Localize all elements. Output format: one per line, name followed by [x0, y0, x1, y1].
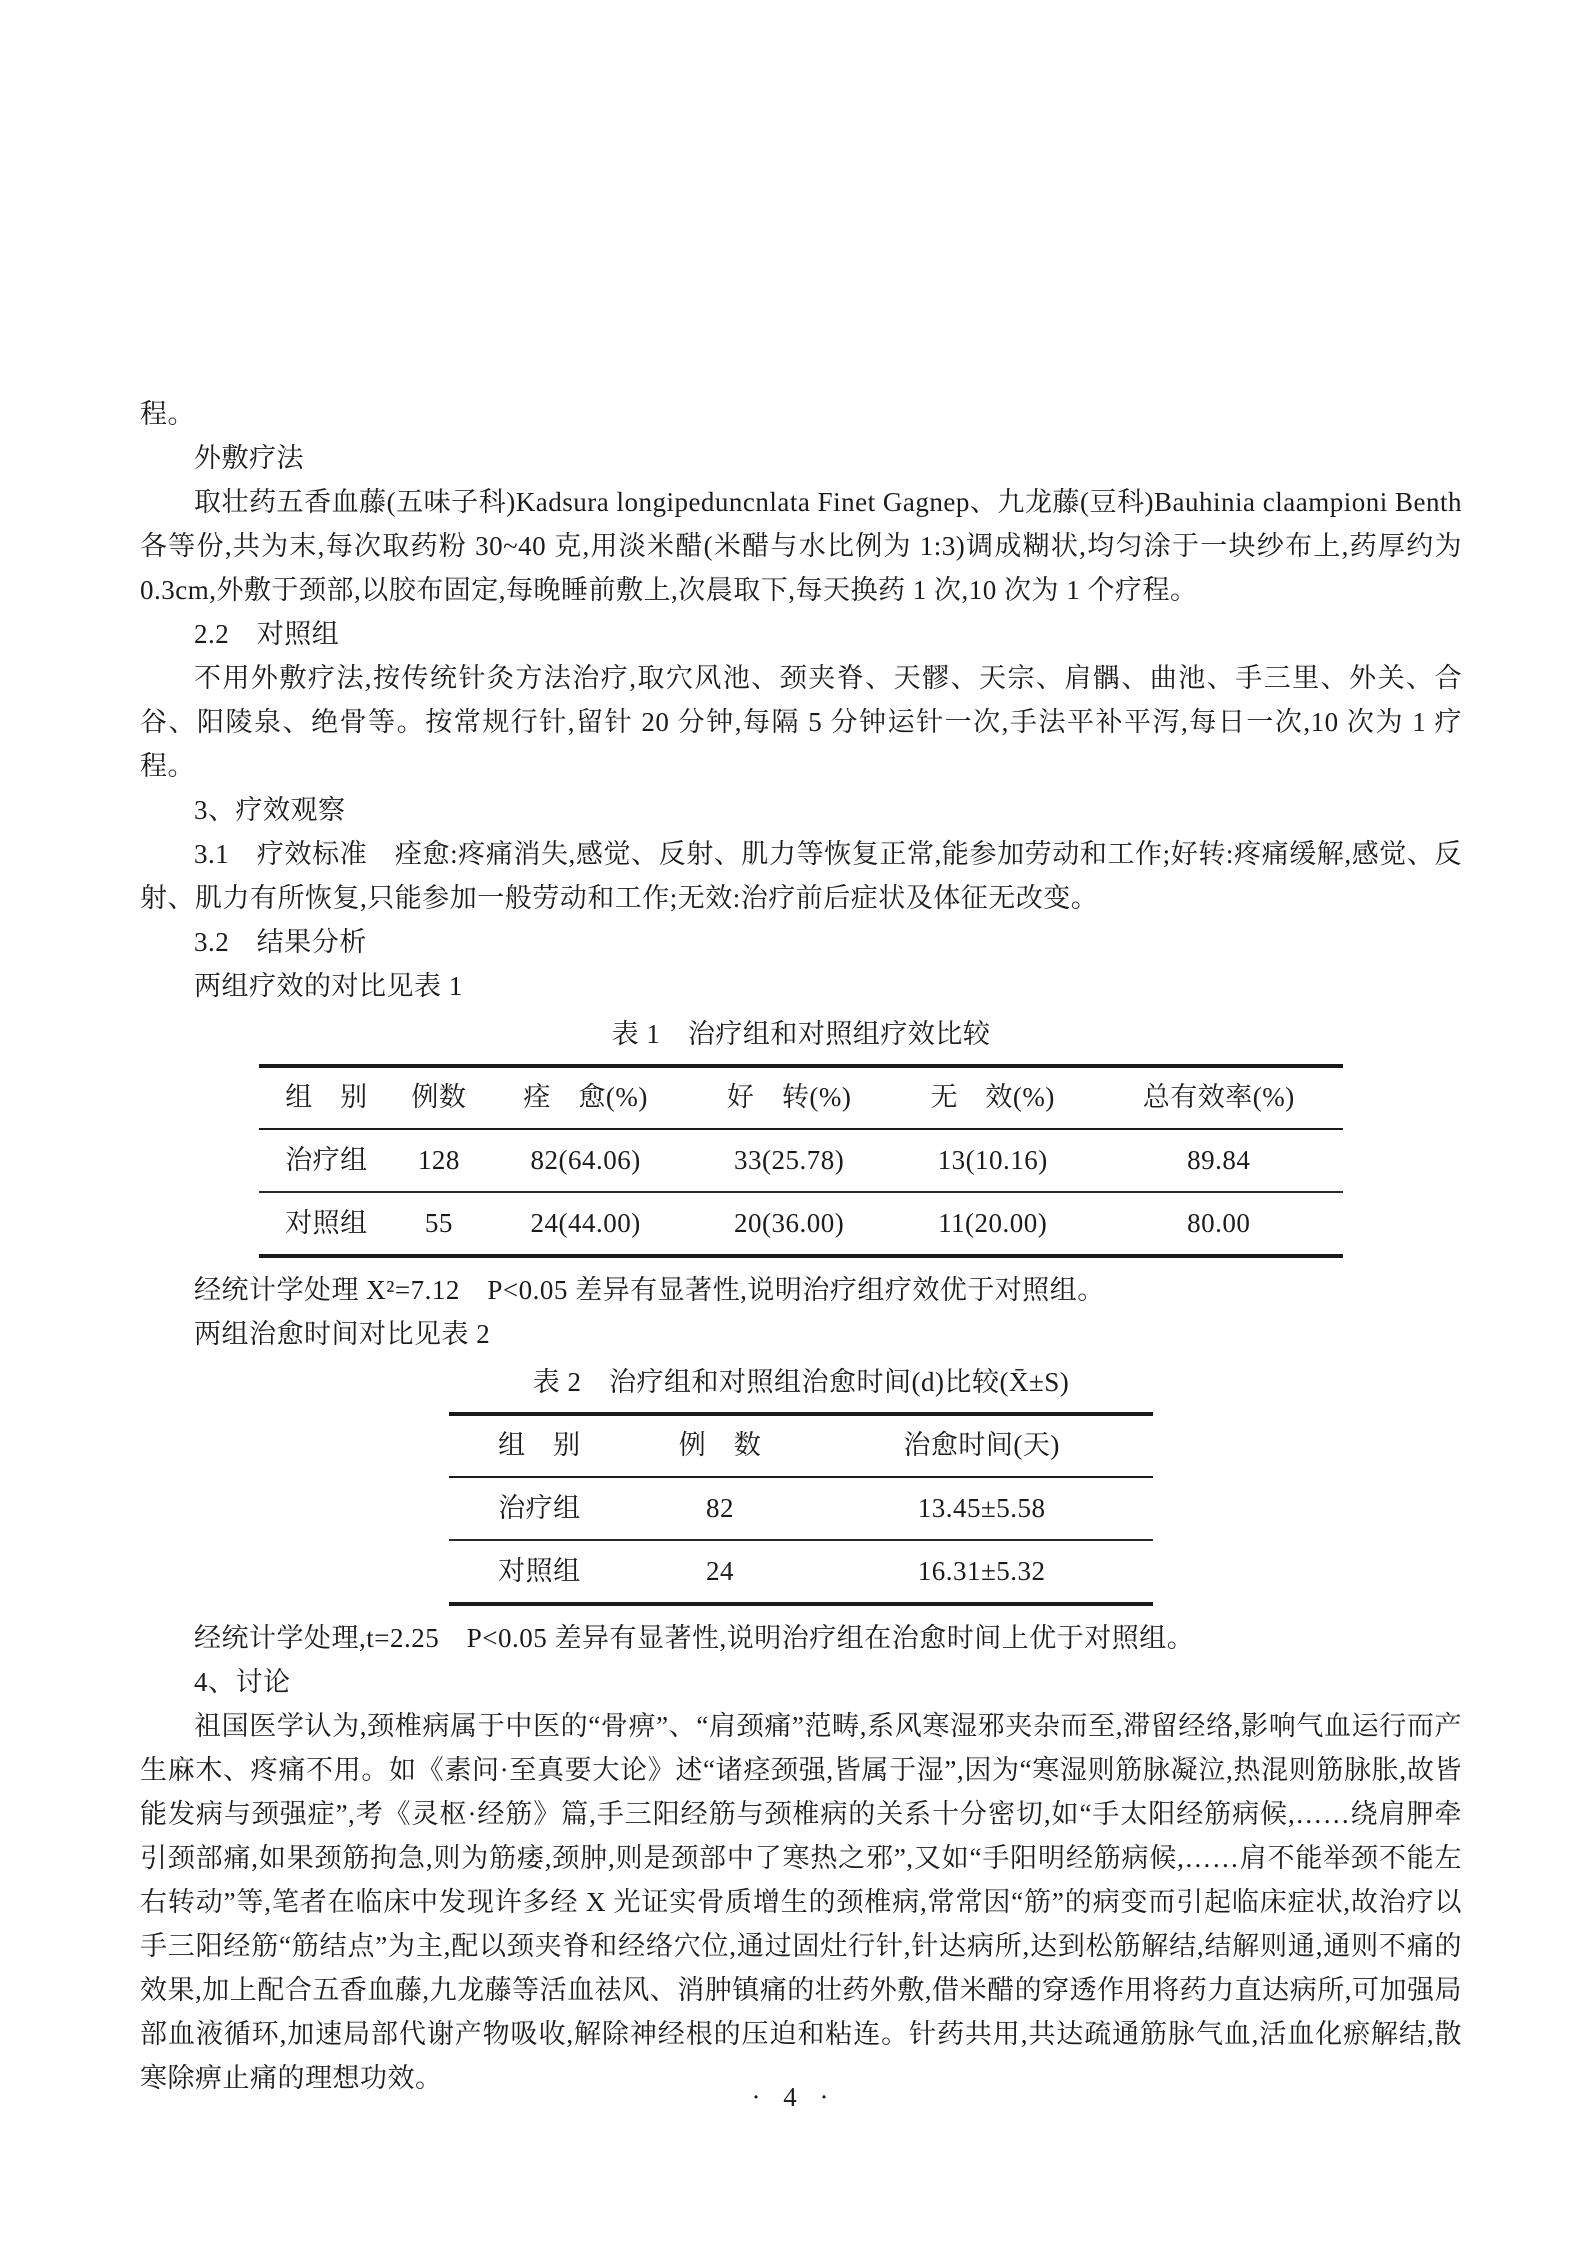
document-page: 程。 外敷疗法 取壮药五香血藤(五味子科)Kadsura longipedunc…	[0, 0, 1588, 2245]
paragraph-external-therapy: 取壮药五香血藤(五味子科)Kadsura longipeduncnlata Fi…	[140, 480, 1462, 612]
table2-cell: 13.45±5.58	[810, 1477, 1153, 1540]
paragraph-continuation: 程。	[140, 392, 1462, 436]
heading-3-2-result-analysis: 3.2 结果分析	[140, 920, 1462, 964]
table1-row-treatment: 治疗组 128 82(64.06) 33(25.78) 13(10.16) 89…	[259, 1129, 1343, 1192]
table1-cell: 11(20.00)	[891, 1192, 1095, 1256]
table2-header-row: 组 别 例 数 治愈时间(天)	[449, 1414, 1153, 1477]
table2-cure-time-comparison: 组 别 例 数 治愈时间(天) 治疗组 82 13.45±5.58 对照组 24…	[449, 1412, 1153, 1606]
table1-cell: 13(10.16)	[891, 1129, 1095, 1192]
table2-cell: 24	[630, 1540, 811, 1604]
table1-header-ineffective: 无 效(%)	[891, 1066, 1095, 1129]
table1-cell: 82(64.06)	[484, 1129, 688, 1192]
table1-cell: 89.84	[1094, 1129, 1343, 1192]
table1-cell: 24(44.00)	[484, 1192, 688, 1256]
table2-cell: 治疗组	[449, 1477, 630, 1540]
table2-header-cases: 例 数	[630, 1414, 811, 1477]
text-column: 程。 外敷疗法 取壮药五香血藤(五味子科)Kadsura longipedunc…	[140, 392, 1462, 2100]
table1-header-group: 组 别	[259, 1066, 394, 1129]
table1-cell: 55	[394, 1192, 484, 1256]
table2-row-treatment: 治疗组 82 13.45±5.58	[449, 1477, 1153, 1540]
page-number: · 4 ·	[0, 2082, 1588, 2113]
table2-reference-line: 两组治愈时间对比见表 2	[140, 1312, 1462, 1356]
table1-efficacy-comparison: 组 别 例数 痊 愈(%) 好 转(%) 无 效(%) 总有效率(%) 治疗组 …	[259, 1064, 1343, 1258]
paragraph-discussion: 祖国医学认为,颈椎病属于中医的“骨痹”、“肩颈痛”范畴,系风寒湿邪夹杂而至,滞留…	[140, 1704, 1462, 2100]
table1-header-cases: 例数	[394, 1066, 484, 1129]
statistics-note-2: 经统计学处理,t=2.25 P<0.05 差异有显著性,说明治疗组在治愈时间上优…	[140, 1616, 1462, 1660]
table1-header-row: 组 别 例数 痊 愈(%) 好 转(%) 无 效(%) 总有效率(%)	[259, 1066, 1343, 1129]
heading-2-2-control-group: 2.2 对照组	[140, 612, 1462, 656]
table2-header-cure-time: 治愈时间(天)	[810, 1414, 1153, 1477]
table2-cell: 82	[630, 1477, 811, 1540]
table1-cell: 对照组	[259, 1192, 394, 1256]
table1-row-control: 对照组 55 24(44.00) 20(36.00) 11(20.00) 80.…	[259, 1192, 1343, 1256]
table2-caption: 表 2 治疗组和对照组治愈时间(d)比较(X̄±S)	[140, 1360, 1462, 1404]
table2-row-control: 对照组 24 16.31±5.32	[449, 1540, 1153, 1604]
heading-3-efficacy-observation: 3、疗效观察	[140, 788, 1462, 832]
table2-cell: 对照组	[449, 1540, 630, 1604]
table1-header-improved: 好 转(%)	[687, 1066, 891, 1129]
statistics-note-1: 经统计学处理 X²=7.12 P<0.05 差异有显著性,说明治疗组疗效优于对照…	[140, 1268, 1462, 1312]
paragraph-efficacy-criteria: 3.1 疗效标准 痊愈:疼痛消失,感觉、反射、肌力等恢复正常,能参加劳动和工作;…	[140, 832, 1462, 920]
table1-cell: 治疗组	[259, 1129, 394, 1192]
heading-external-therapy: 外敷疗法	[140, 436, 1462, 480]
paragraph-control-group: 不用外敷疗法,按传统针灸方法治疗,取穴风池、颈夹脊、天髎、天宗、肩髃、曲池、手三…	[140, 656, 1462, 788]
table1-header-cured: 痊 愈(%)	[484, 1066, 688, 1129]
heading-4-discussion: 4、讨论	[140, 1660, 1462, 1704]
table1-cell: 128	[394, 1129, 484, 1192]
table2-cell: 16.31±5.32	[810, 1540, 1153, 1604]
table2-header-group: 组 别	[449, 1414, 630, 1477]
table1-cell: 20(36.00)	[687, 1192, 891, 1256]
table1-header-total-rate: 总有效率(%)	[1094, 1066, 1343, 1129]
table1-reference-line: 两组疗效的对比见表 1	[140, 964, 1462, 1008]
table1-cell: 80.00	[1094, 1192, 1343, 1256]
table1-caption: 表 1 治疗组和对照组疗效比较	[140, 1012, 1462, 1056]
table1-cell: 33(25.78)	[687, 1129, 891, 1192]
